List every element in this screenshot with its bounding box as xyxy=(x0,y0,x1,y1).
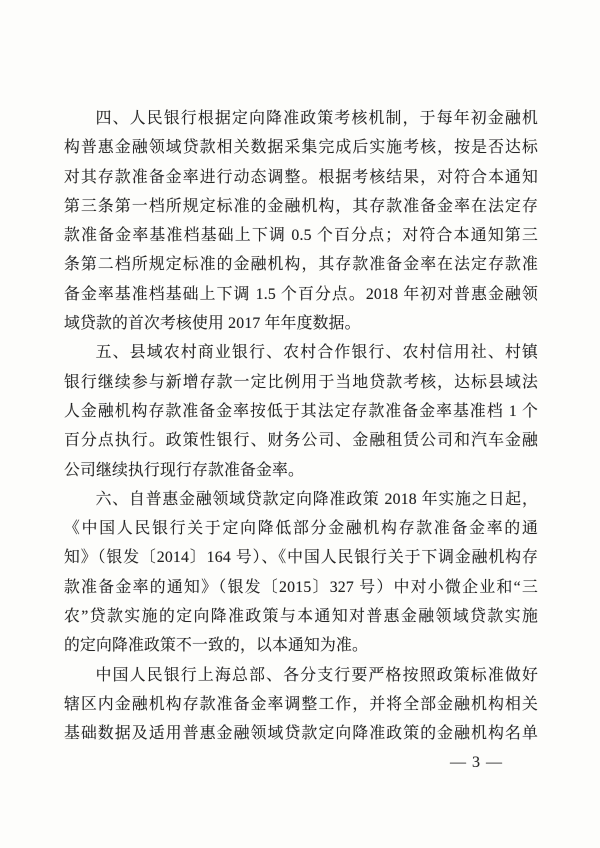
document-line: 对其存款准备金率进行动态调整。根据考核结果，对符合本通知 xyxy=(64,163,538,192)
document-line: 辖区内金融机构存款准备金率调整工作，并将全部金融机构相关 xyxy=(64,690,538,719)
document-line: 基础数据及适用普惠金融领域贷款定向降准政策的金融机构名单 xyxy=(64,719,538,748)
document-line: 的定向降准政策不一致的，以本通知为准。 xyxy=(64,631,538,660)
page-number: — 3 — xyxy=(450,752,503,774)
paragraph-item-six: 六、自普惠金融领域贷款定向降准政策 2018 年实施之日起， 《中国人民银行关于… xyxy=(64,485,538,661)
document-line: 条第二档所规定标准的金融机构，其存款准备金率在法定存款准 xyxy=(64,250,538,279)
document-line: 银行继续参与新增存款一定比例用于当地贷款考核，达标县域法 xyxy=(64,368,538,397)
document-page: 四、人民银行根据定向降准政策考核机制，于每年初金融机 构普惠金融领域贷款相关数据… xyxy=(0,0,600,848)
document-line: 《中国人民银行关于定向降低部分金融机构存款准备金率的通 xyxy=(64,514,538,543)
document-line: 中国人民银行上海总部、各分支行要严格按照政策标准做好 xyxy=(64,661,538,690)
document-line: 五、县域农村商业银行、农村合作银行、农村信用社、村镇 xyxy=(64,338,538,367)
document-body: 四、人民银行根据定向降准政策考核机制，于每年初金融机 构普惠金融领域贷款相关数据… xyxy=(64,104,538,749)
document-line: 农”贷款实施的定向降准政策与本通知对普惠金融领域贷款实施 xyxy=(64,602,538,631)
paragraph-item-five: 五、县域农村商业银行、农村合作银行、农村信用社、村镇 银行继续参与新增存款一定比… xyxy=(64,338,538,484)
document-line: 百分点执行。政策性银行、财务公司、金融租赁公司和汽车金融 xyxy=(64,426,538,455)
document-line: 知》（银发〔2014〕164 号）、《中国人民银行关于下调金融机构存 xyxy=(64,543,538,572)
document-line: 备金率基准档基础上下调 1.5 个百分点。2018 年初对普惠金融领 xyxy=(64,280,538,309)
document-line: 六、自普惠金融领域贷款定向降准政策 2018 年实施之日起， xyxy=(64,485,538,514)
paragraph-item-four: 四、人民银行根据定向降准政策考核机制，于每年初金融机 构普惠金融领域贷款相关数据… xyxy=(64,104,538,338)
document-line: 款准备金率基准档基础上下调 0.5 个百分点；对符合本通知第三 xyxy=(64,221,538,250)
document-line: 款准备金率的通知》（银发〔2015〕327 号）中对小微企业和“三 xyxy=(64,573,538,602)
document-line: 四、人民银行根据定向降准政策考核机制，于每年初金融机 xyxy=(64,104,538,133)
document-line: 构普惠金融领域贷款相关数据采集完成后实施考核，按是否达标 xyxy=(64,133,538,162)
document-line: 域贷款的首次考核使用 2017 年年度数据。 xyxy=(64,309,538,338)
document-line: 人金融机构存款准备金率按低于其法定存款准备金率基准档 1 个 xyxy=(64,397,538,426)
document-line: 第三条第一档所规定标准的金融机构，其存款准备金率在法定存 xyxy=(64,192,538,221)
paragraph-closing: 中国人民银行上海总部、各分支行要严格按照政策标准做好 辖区内金融机构存款准备金率… xyxy=(64,661,538,749)
document-line: 公司继续执行现行存款准备金率。 xyxy=(64,456,538,485)
